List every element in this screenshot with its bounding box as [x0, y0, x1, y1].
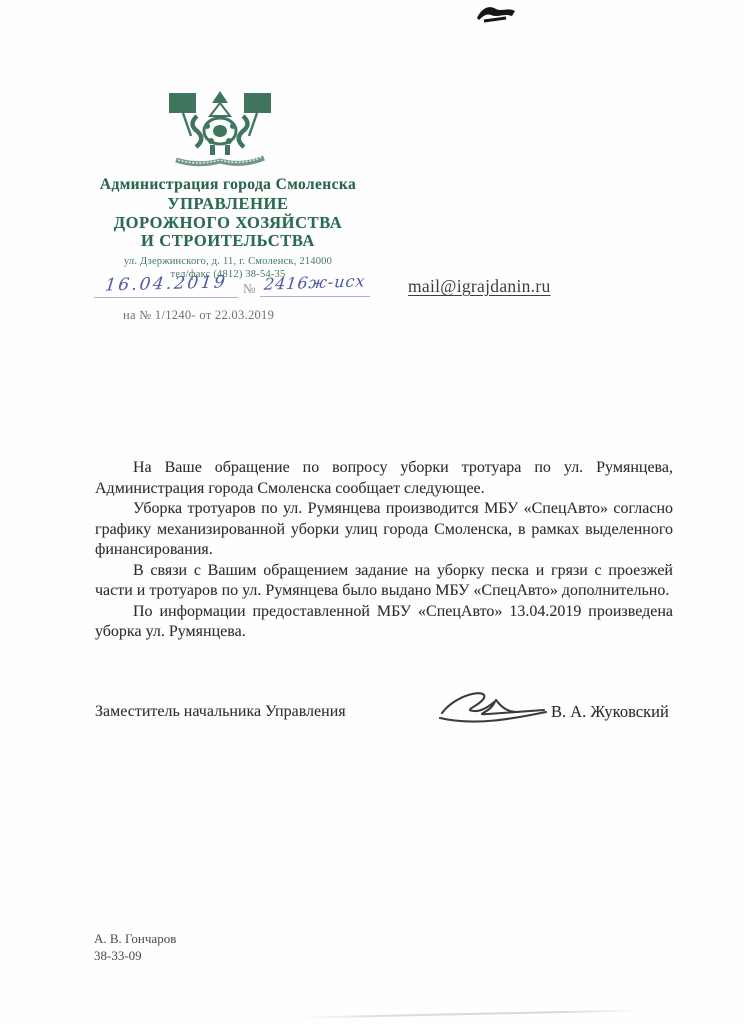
- scanner-edge-artifact: [298, 1009, 642, 1018]
- executor-name: А. В. Гончаров: [94, 930, 176, 947]
- signatory-position: Заместитель начальника Управления: [95, 703, 346, 721]
- body-paragraph-2: Уборка тротуаров по ул. Румянцева произв…: [95, 499, 673, 561]
- body-paragraph-4: По информации предоставленной МБУ «СпецА…: [95, 602, 673, 643]
- letter-body: На Ваше обращение по вопросу уборки трот…: [95, 458, 673, 643]
- org-name-line-2: ДОРОЖНОГО ХОЗЯЙСТВА: [70, 214, 386, 232]
- org-address: ул. Дзержинского, д. 11, г. Смоленск, 21…: [70, 256, 386, 268]
- outgoing-number-field: 2416ж-исх: [260, 273, 370, 297]
- handwritten-date: 16.04.2019: [104, 272, 229, 295]
- scan-artifact-mark: [476, 3, 518, 23]
- reply-reference: на № 1/1240- от 22.03.2019: [123, 308, 274, 323]
- number-sign: №: [243, 281, 255, 297]
- executor-block: А. В. Гончаров 38-33-09: [94, 930, 176, 964]
- handwritten-signature: [438, 686, 550, 730]
- recipient-email: mail@igrajdanin.ru: [408, 276, 551, 297]
- org-name-line-1: УПРАВЛЕНИЕ: [70, 195, 386, 213]
- org-parent-name: Администрация города Смоленска: [70, 176, 386, 193]
- letterhead: Администрация города Смоленска УПРАВЛЕНИ…: [70, 176, 386, 280]
- signatory-name: В. А. Жуковский: [551, 702, 669, 722]
- outgoing-date-field: 16.04.2019: [94, 274, 238, 298]
- org-name-line-3: И СТРОИТЕЛЬСТВА: [70, 232, 386, 250]
- handwritten-outgoing-number: 2416ж-исх: [263, 271, 367, 294]
- smolensk-coat-of-arms-emblem: [164, 90, 276, 168]
- body-paragraph-3: В связи с Вашим обращением задание на уб…: [95, 561, 673, 602]
- executor-phone: 38-33-09: [94, 947, 176, 964]
- scanned-letter-page: Администрация города Смоленска УПРАВЛЕНИ…: [0, 0, 744, 1024]
- body-paragraph-1: На Ваше обращение по вопросу уборки трот…: [95, 458, 673, 499]
